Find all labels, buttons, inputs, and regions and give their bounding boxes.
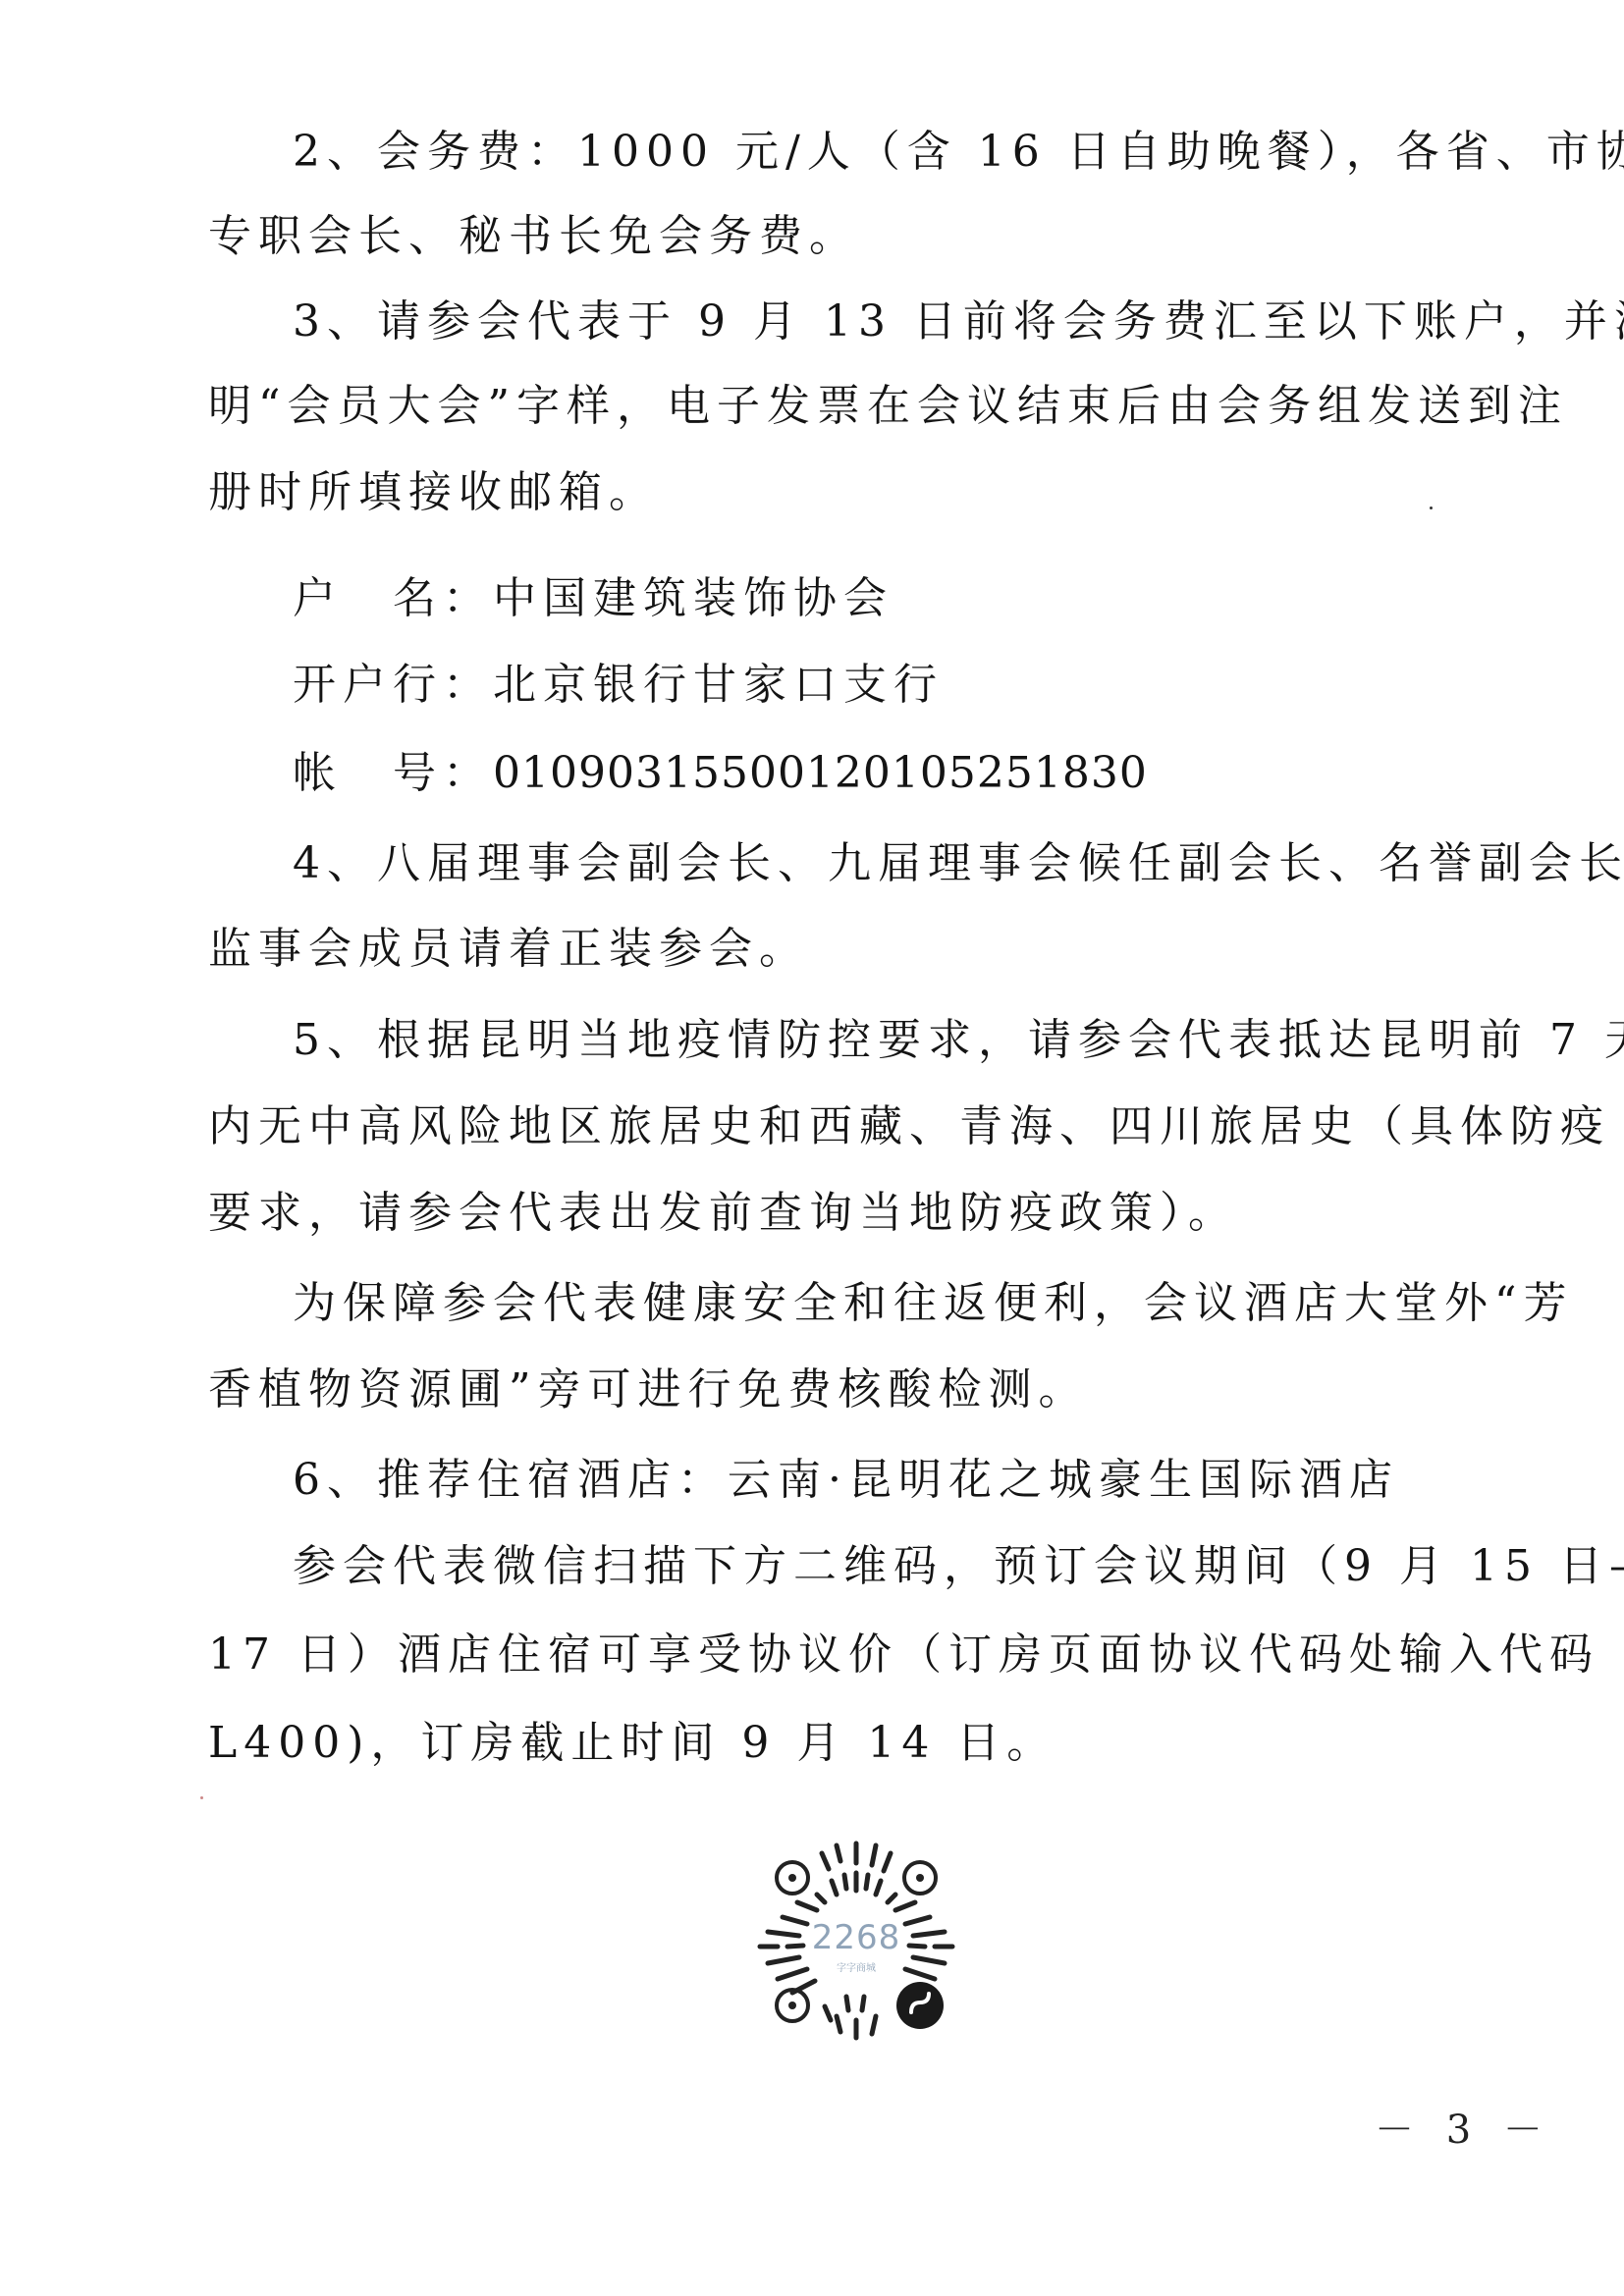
item5-line2: 内无中高风险地区旅居史和西藏、青海、四川旅居史（具体防疫 [208,1097,1475,1156]
account-bank-value: 北京银行甘家口支行 [493,660,944,710]
booking-line1: 参会代表微信扫描下方二维码，预订会议期间（9 月 15 日— [293,1537,1559,1596]
item5-line3: 要求，请参会代表出发前查询当地防疫政策）。 [208,1184,1475,1243]
account-name-value: 中国建筑装饰协会 [493,573,893,623]
item5-line1: 5、根据昆明当地疫情防控要求，请参会代表抵达昆明前 7 天 [293,1011,1559,1070]
item6-line1: 6、推荐住宿酒店：云南·昆明花之城豪生国际酒店 [293,1451,1559,1510]
qr-center-logo: 2268 [807,1918,905,1957]
booking-line2: 17 日）酒店住宿可享受协议价（订房页面协议代码处输入代码 [208,1626,1475,1684]
scan-speck [200,1796,203,1799]
wechat-mini-program-code[interactable]: 2268 字字商城 [738,1824,974,2059]
health-line2: 香植物资源圃”旁可进行免费核酸检测。 [208,1361,1475,1419]
account-name: 户 名：中国建筑装饰协会 [293,569,1559,628]
item4-line1: 4、八届理事会副会长、九届理事会候任副会长、名誉副会长、 [293,834,1559,893]
account-number: 帐 号：01090315500120105251830 [293,744,1559,803]
account-number-value: 01090315500120105251830 [493,748,1148,798]
item3-line2: 明“会员大会”字样，电子发票在会议结束后由会务组发送到注 [208,377,1475,436]
item2-line2: 专职会长、秘书长免会务费。 [208,207,1475,266]
item4-line2: 监事会成员请着正装参会。 [208,920,1475,979]
qr-center-subtext: 字字商城 [807,1959,905,1974]
page-number: － 3 － [1375,2099,1552,2155]
account-bank: 开户行：北京银行甘家口支行 [293,656,1559,715]
scan-speck [1430,507,1433,509]
item2-line1: 2、会务费：1000 元/人（含 16 日自助晚餐），各省、市协会 [293,123,1559,182]
booking-line3: L400)，订房截止时间 9 月 14 日。 [208,1714,1475,1773]
account-name-label: 户 名： [293,573,493,623]
health-line1: 为保障参会代表健康安全和往返便利，会议酒店大堂外“芳 [293,1274,1559,1333]
account-number-label: 帐 号： [293,748,493,798]
document-page: 2、会务费：1000 元/人（含 16 日自助晚餐），各省、市协会 专职会长、秘… [0,0,1624,2296]
item3-line3: 册时所填接收邮箱。 [208,463,1475,522]
item3-line1: 3、请参会代表于 9 月 13 日前将会务费汇至以下账户，并注 [293,293,1559,351]
account-bank-label: 开户行： [293,660,493,710]
